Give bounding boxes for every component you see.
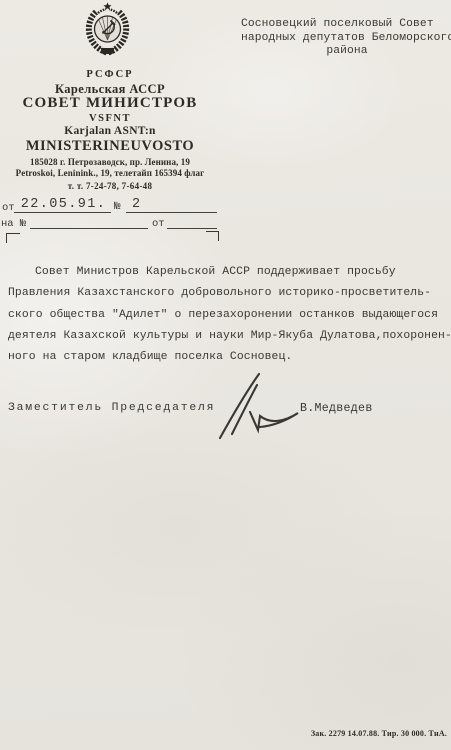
ref-number-line [126, 212, 217, 213]
addressee-line-3: района [241, 45, 451, 59]
scanned-letter-page: Сосновецкий поселковый Совет народных де… [0, 0, 451, 750]
print-imprint: Зак. 2279 14.07.88. Тир. 30 000. ТнА. [227, 729, 447, 738]
addressee-block: Сосновецкий поселковый Совет народных де… [241, 18, 451, 59]
letterhead-address-fi: Petroskoi, Leninink., 19, телетайп 16539… [0, 168, 220, 178]
letterhead-country-ru: РСФСР [0, 69, 220, 80]
letterhead-council-ru: СОВЕТ МИНИСТРОВ [0, 95, 220, 112]
ref-number-label: № [114, 201, 121, 213]
corner-mark-right [206, 231, 219, 241]
signer-title: Заместитель Председателя [8, 402, 215, 414]
letter-body: Совет Министров Карельской АССР поддержи… [8, 262, 448, 368]
body-line: Совет Министров Карельской АССР поддержи… [8, 262, 448, 283]
ref-in-label: на № [1, 218, 26, 230]
ref-in-number-line [30, 228, 148, 229]
ref-in-from-label: от [152, 218, 165, 230]
addressee-line-2: народных депутатов Беломорского [241, 32, 451, 46]
letterhead-phones: т. т. 7-24-78, 7-64-48 [0, 181, 220, 191]
body-line: Правления Казахстанского добровольного и… [8, 283, 448, 304]
letterhead-council-fi: MINISTERINEUVOSTO [0, 138, 220, 155]
body-line: ского общества "Адилет" о перезахоронени… [8, 305, 448, 326]
state-emblem-icon [84, 2, 131, 56]
ref-number-value: 2 [132, 197, 142, 212]
body-line: ного на старом кладбище поселка Сосновец… [8, 347, 448, 368]
handwritten-signature [212, 372, 312, 446]
letterhead-address-ru: 185028 г. Петрозаводск, пр. Ленина, 19 [0, 157, 220, 167]
body-line: деятеля Казахской культуры и науки Мир-Я… [8, 326, 448, 347]
signer-name: В.Медведев [300, 402, 373, 415]
letterhead-country-fi: VSFNT [0, 113, 220, 124]
ref-out-label: от [2, 202, 15, 214]
addressee-line-1: Сосновецкий поселковый Совет [241, 18, 451, 32]
ref-out-date-line [14, 212, 111, 213]
ref-in-date-line [167, 228, 217, 229]
corner-mark-left [6, 233, 20, 243]
ref-out-date-value: 22.05.91. [16, 197, 111, 212]
letterhead-republic-fi: Karjalan ASNT:n [0, 125, 220, 137]
